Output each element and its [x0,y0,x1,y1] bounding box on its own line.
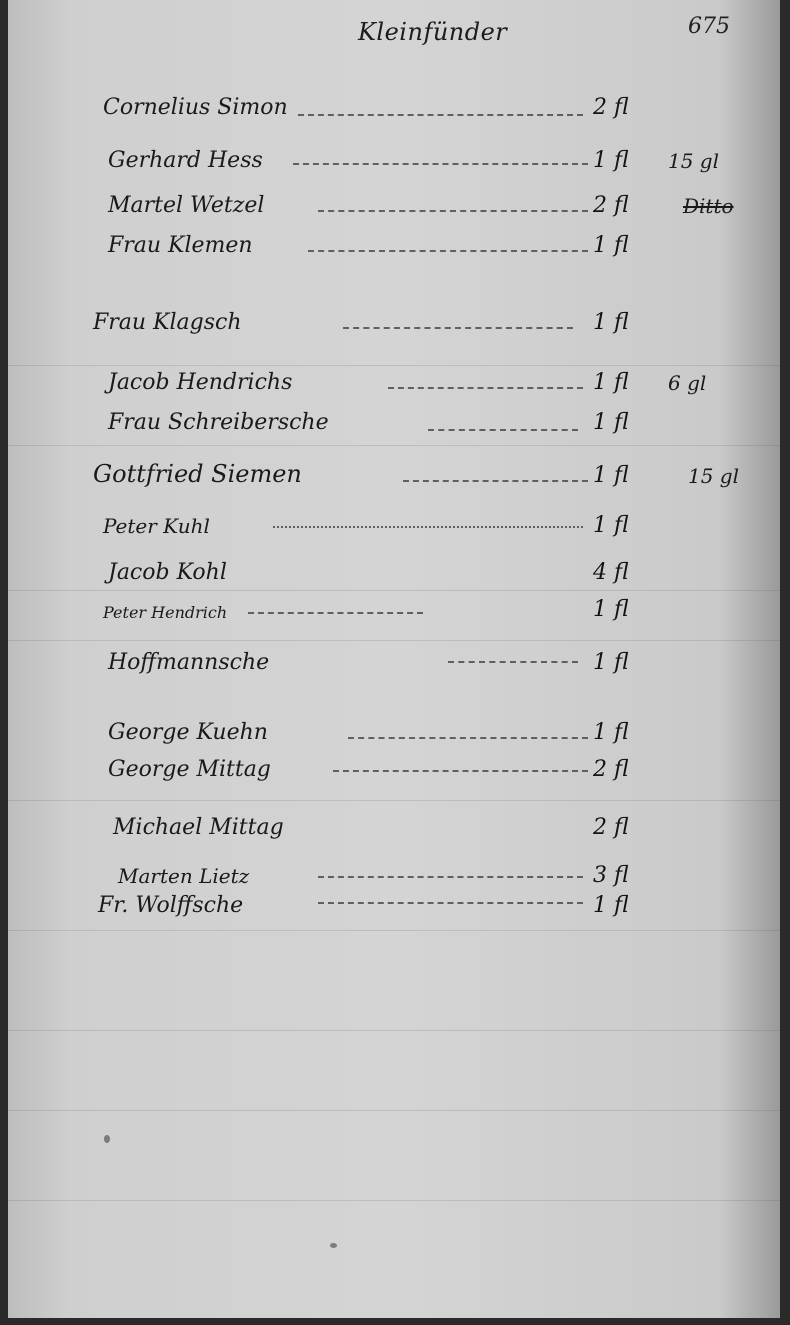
entry-amount: 1 fl [593,650,629,675]
entry-name: George Kuehn [108,720,268,745]
leader-line [273,526,583,528]
entry-name: Frau Klagsch [93,310,242,335]
entry-name: Gerhard Hess [108,148,263,173]
leader-line [428,429,578,431]
ledger-entry: Jacob Hendrichs 1 fl 6 gl [8,365,780,395]
ledger-entry: Gerhard Hess 1 fl 15 gl [8,143,780,173]
entry-amount: 1 fl [593,597,629,622]
ledger-entry: Marten Lietz 3 fl [8,858,780,888]
entry-amount: 1 fl [593,310,629,335]
leader-line [318,210,588,212]
entry-name: Jacob Hendrichs [108,370,292,395]
entry-amount: 1 fl [593,148,629,173]
entry-name: Peter Kuhl [103,514,210,538]
ink-blot [330,1243,337,1248]
entry-amount: 1 fl [593,370,629,395]
leader-line [308,250,588,252]
entry-name: Gottfried Siemen [93,460,302,488]
leader-line [348,737,588,739]
entry-name: Jacob Kohl [108,560,227,585]
leader-line [448,661,578,663]
ledger-entry: Martel Wetzel 2 fl Ditto [8,188,780,218]
entry-name: Fr. Wolffsche [98,893,243,918]
entry-amount: 1 fl [593,463,629,488]
entry-name: George Mittag [108,757,271,782]
entry-amount: 1 fl [593,893,629,918]
page-number: 675 [688,14,730,39]
ruled-line [8,1110,780,1111]
ruled-line [8,445,780,446]
leader-line [388,387,583,389]
ink-blot [104,1135,110,1143]
leader-line [403,480,588,482]
entry-amount: 3 fl [593,863,629,888]
ruled-line [8,1030,780,1031]
entry-amount: 1 fl [593,720,629,745]
ruled-line [8,930,780,931]
ledger-entry: Frau Klemen 1 fl [8,228,780,258]
entry-extra: 15 gl [668,149,719,173]
ruled-line [8,800,780,801]
entry-name: Marten Lietz [118,864,249,888]
ledger-entry: Peter Kuhl 1 fl [8,508,780,538]
entry-name: Cornelius Simon [103,95,288,120]
ledger-entry: George Mittag 2 fl [8,752,780,782]
entry-amount: 2 fl [593,757,629,782]
leader-line [318,902,583,904]
entry-amount: 4 fl [593,560,629,585]
leader-line [318,876,583,878]
ledger-entry: Fr. Wolffsche 1 fl [8,888,780,918]
ruled-line [8,640,780,641]
ledger-entry: George Kuehn 1 fl [8,715,780,745]
ledger-entry: Hoffmannsche 1 fl [8,645,780,675]
ledger-entry: Jacob Kohl 4 fl [8,555,780,585]
leader-line [293,163,588,165]
entry-extra: 15 gl [688,464,739,488]
page-title: Kleinfünder [358,18,507,46]
ledger-entry: Frau Schreibersche 1 fl [8,405,780,435]
entry-name: Frau Klemen [108,233,253,258]
ledger-entry: Michael Mittag 2 fl [8,810,780,840]
leader-line [333,770,588,772]
ledger-entry: Frau Klagsch 1 fl [8,305,780,335]
entry-extra-struck: Ditto [683,194,734,218]
ledger-entry: Cornelius Simon 2 fl [8,90,780,120]
entry-extra: 6 gl [668,371,706,395]
ledger-page: Kleinfünder 675 Cornelius Simon 2 fl Ger… [8,0,780,1318]
leader-line [343,327,573,329]
ledger-entry: Peter Hendrich 1 fl [8,592,780,622]
entry-amount: 2 fl [593,193,629,218]
ruled-line [8,1200,780,1201]
leader-line [298,114,583,116]
entry-name: Frau Schreibersche [108,410,329,435]
ruled-line [8,590,780,591]
entry-name: Hoffmannsche [108,650,269,675]
entry-name: Peter Hendrich [103,603,227,622]
entry-name: Michael Mittag [113,815,284,840]
entry-amount: 2 fl [593,815,629,840]
entry-name: Martel Wetzel [108,193,264,218]
leader-line [248,612,423,614]
entry-amount: 1 fl [593,410,629,435]
entry-amount: 1 fl [593,513,629,538]
entry-amount: 1 fl [593,233,629,258]
ledger-entry: Gottfried Siemen 1 fl 15 gl [8,458,780,488]
entry-amount: 2 fl [593,95,629,120]
